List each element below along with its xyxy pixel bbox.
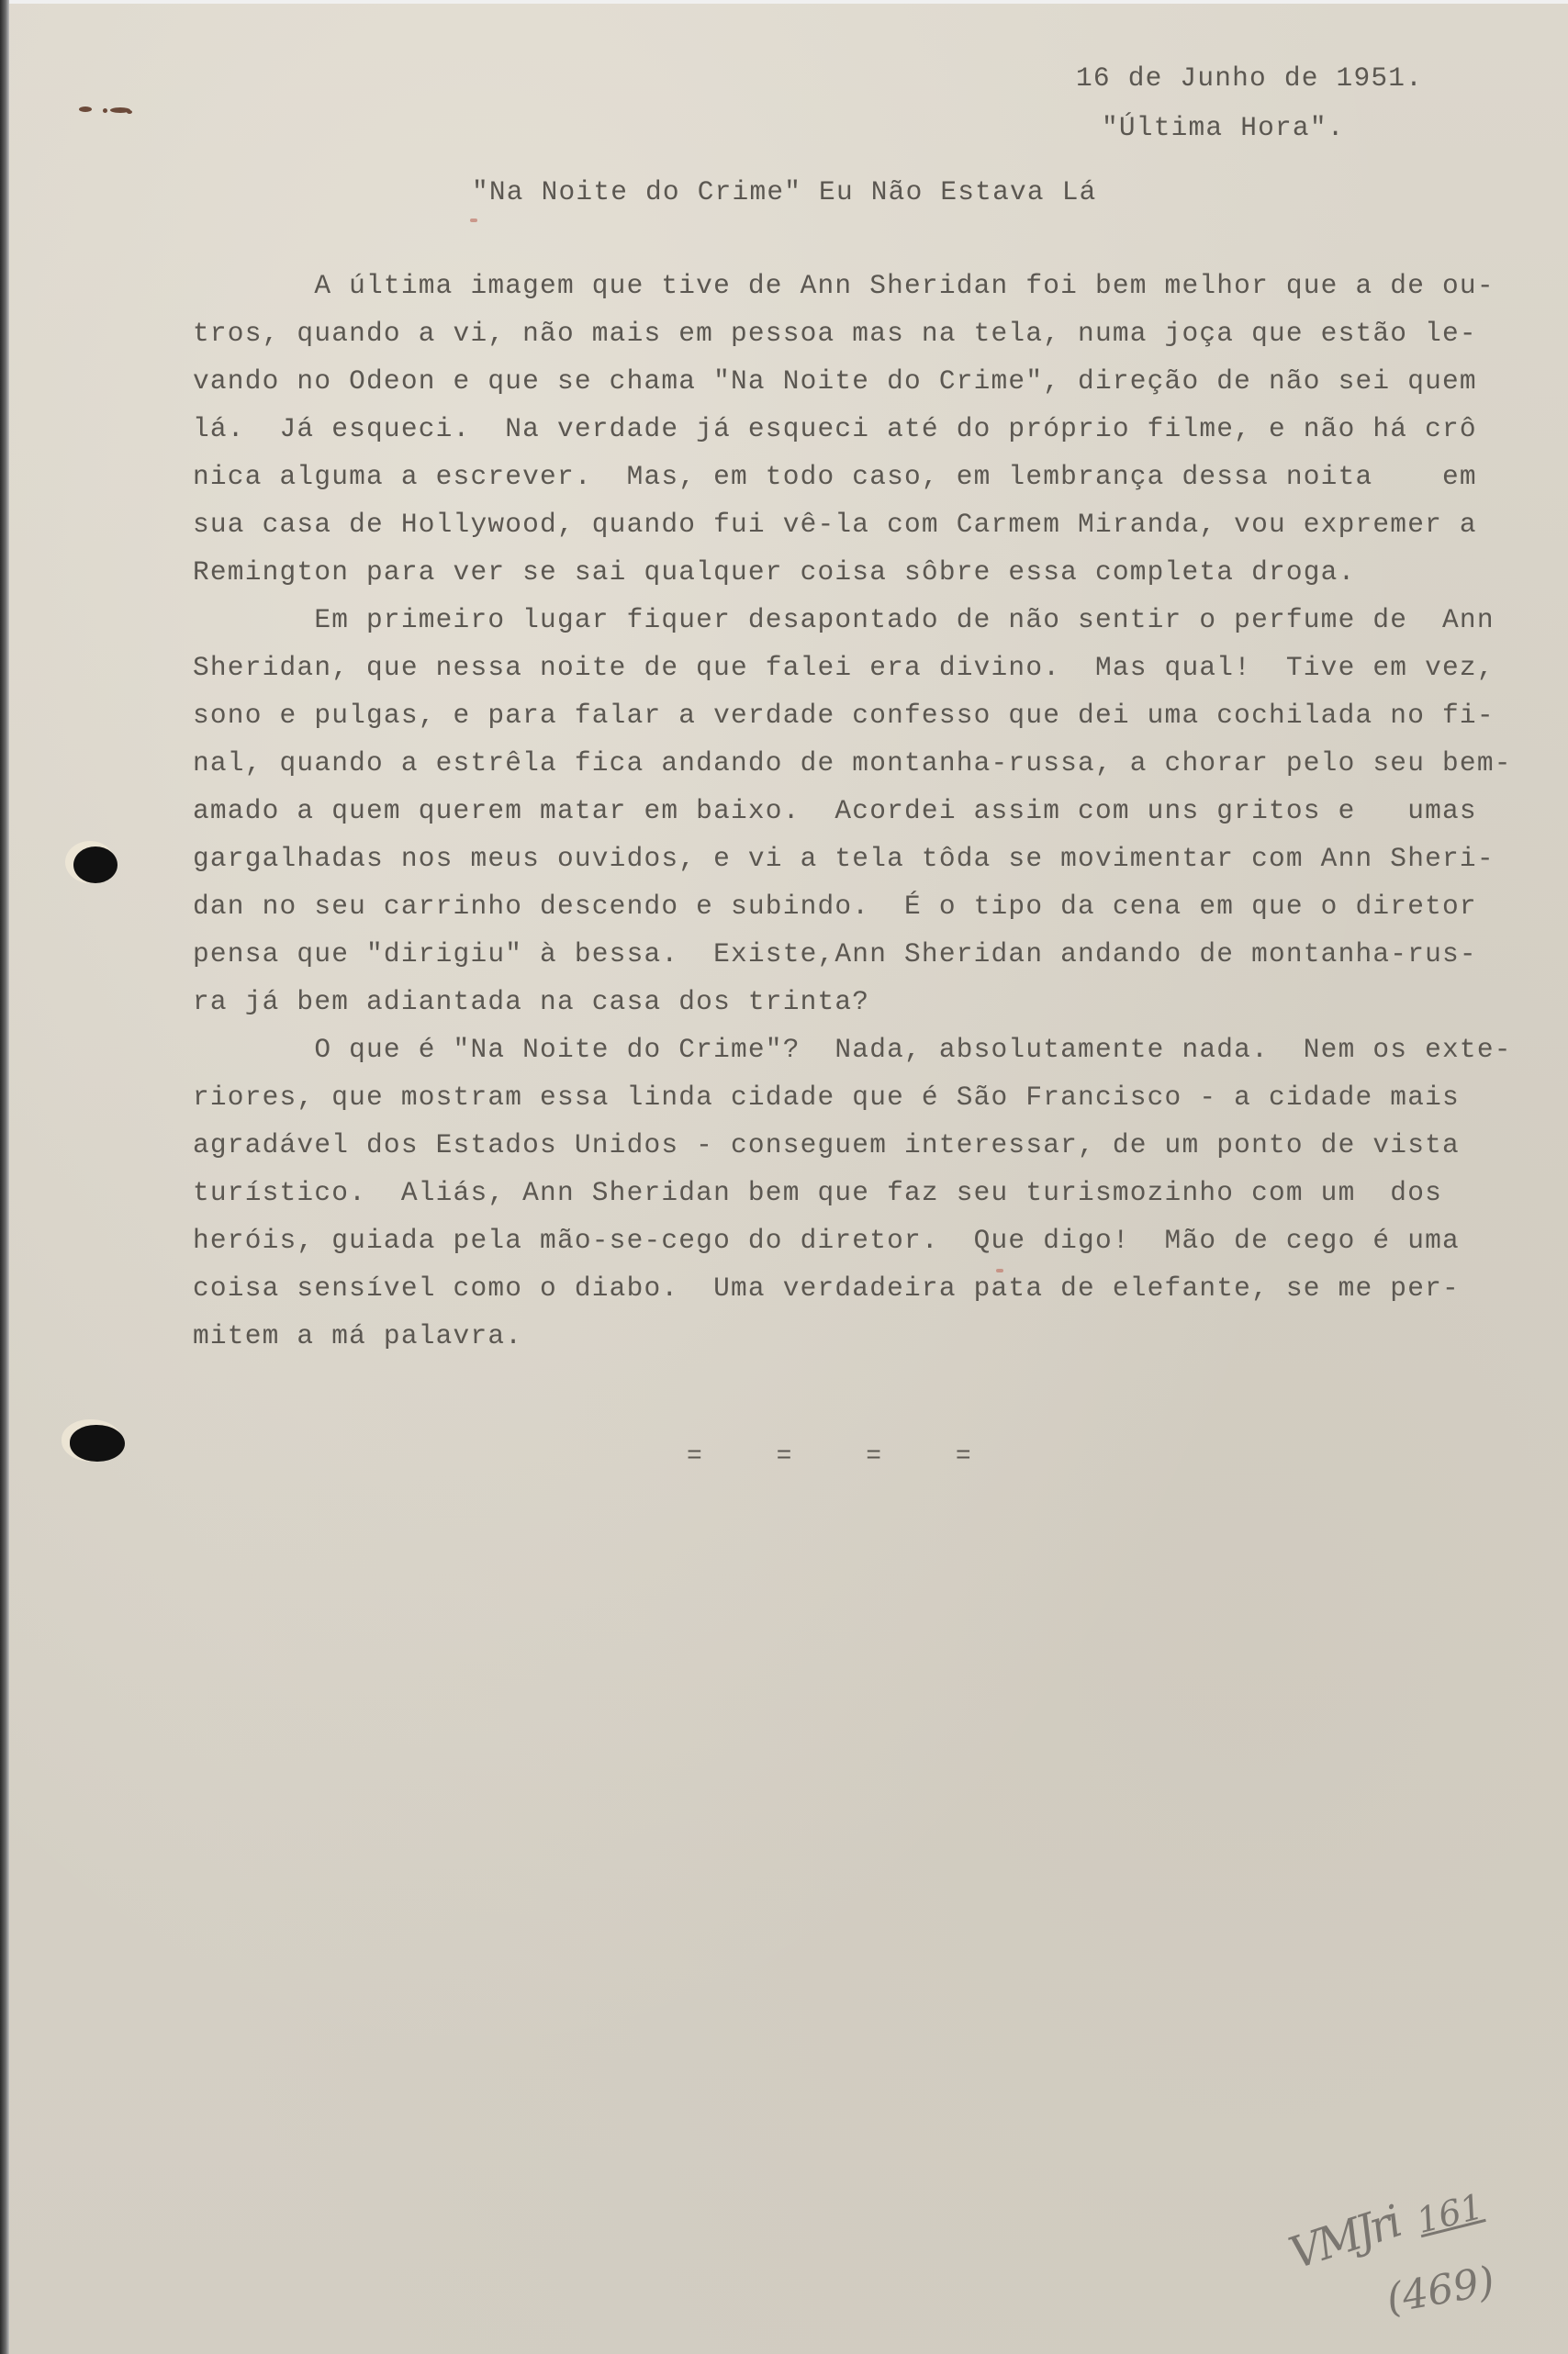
handwritten-archive-note: VMJri 161 (469): [1299, 2193, 1510, 2331]
body-line: coisa sensível como o diabo. Uma verdade…: [193, 1272, 1460, 1304]
typewritten-page: 16 de Junho de 1951. "Última Hora". "Na …: [9, 4, 1568, 2354]
body-line: vando no Odeon e que se chama "Na Noite …: [193, 365, 1477, 397]
end-separator: = = = =: [687, 1442, 1001, 1471]
punch-hole: [73, 846, 118, 883]
body-line: ra já bem adiantada na casa dos trinta?: [193, 986, 869, 1017]
body-line: Em primeiro lugar fiquer desapontado de …: [193, 604, 1495, 635]
body-line: gargalhadas nos meus ouvidos, e vi a tel…: [193, 843, 1495, 874]
body-line: Sheridan, que nessa noite de que falei e…: [193, 652, 1495, 683]
body-line: Remington para ver se sai qualquer coisa…: [193, 556, 1356, 588]
body-line: sua casa de Hollywood, quando fui vê-la …: [193, 509, 1477, 540]
punch-hole: [70, 1425, 125, 1462]
body-line: sono e pulgas, e para falar a verdade co…: [193, 700, 1495, 731]
body-line: dan no seu carrinho descendo e subindo. …: [193, 891, 1477, 922]
handwritten-archive-number: (469): [1383, 2258, 1497, 2323]
body-line: amado a quem querem matar em baixo. Acor…: [193, 795, 1477, 826]
article-title: "Na Noite do Crime" Eu Não Estava Lá: [472, 176, 1097, 207]
body-line: turístico. Aliás, Ann Sheridan bem que f…: [193, 1177, 1442, 1208]
body-line: agradável dos Estados Unidos - conseguem…: [193, 1129, 1460, 1160]
body-line: lá. Já esqueci. Na verdade já esqueci at…: [193, 413, 1477, 444]
ink-stain: [79, 103, 152, 116]
body-line: nica alguma a escrever. Mas, em todo cas…: [193, 461, 1477, 492]
body-line: O que é "Na Noite do Crime"? Nada, absol…: [193, 1034, 1512, 1065]
body-line: nal, quando a estrêla fica andando de mo…: [193, 747, 1512, 779]
body-line: pensa que "dirigiu" à bessa. Existe,Ann …: [193, 938, 1477, 970]
document-date: 16 de Junho de 1951.: [1076, 62, 1423, 94]
handwritten-page-number: 161: [1413, 2186, 1487, 2241]
red-mark: [996, 1269, 1003, 1272]
body-line: mitem a má palavra.: [193, 1320, 522, 1351]
publication-name: "Última Hora".: [1102, 112, 1345, 143]
body-line: heróis, guiada pela mão-se-cego do diret…: [193, 1225, 1460, 1256]
body-line: A última imagem que tive de Ann Sheridan…: [193, 270, 1495, 301]
body-line: tros, quando a vi, não mais em pessoa ma…: [193, 318, 1477, 349]
body-line: riores, que mostram essa linda cidade qu…: [193, 1082, 1460, 1113]
handwritten-signature: VMJri: [1283, 2196, 1406, 2280]
red-mark: [470, 219, 477, 222]
scan-left-edge: [0, 0, 9, 2354]
